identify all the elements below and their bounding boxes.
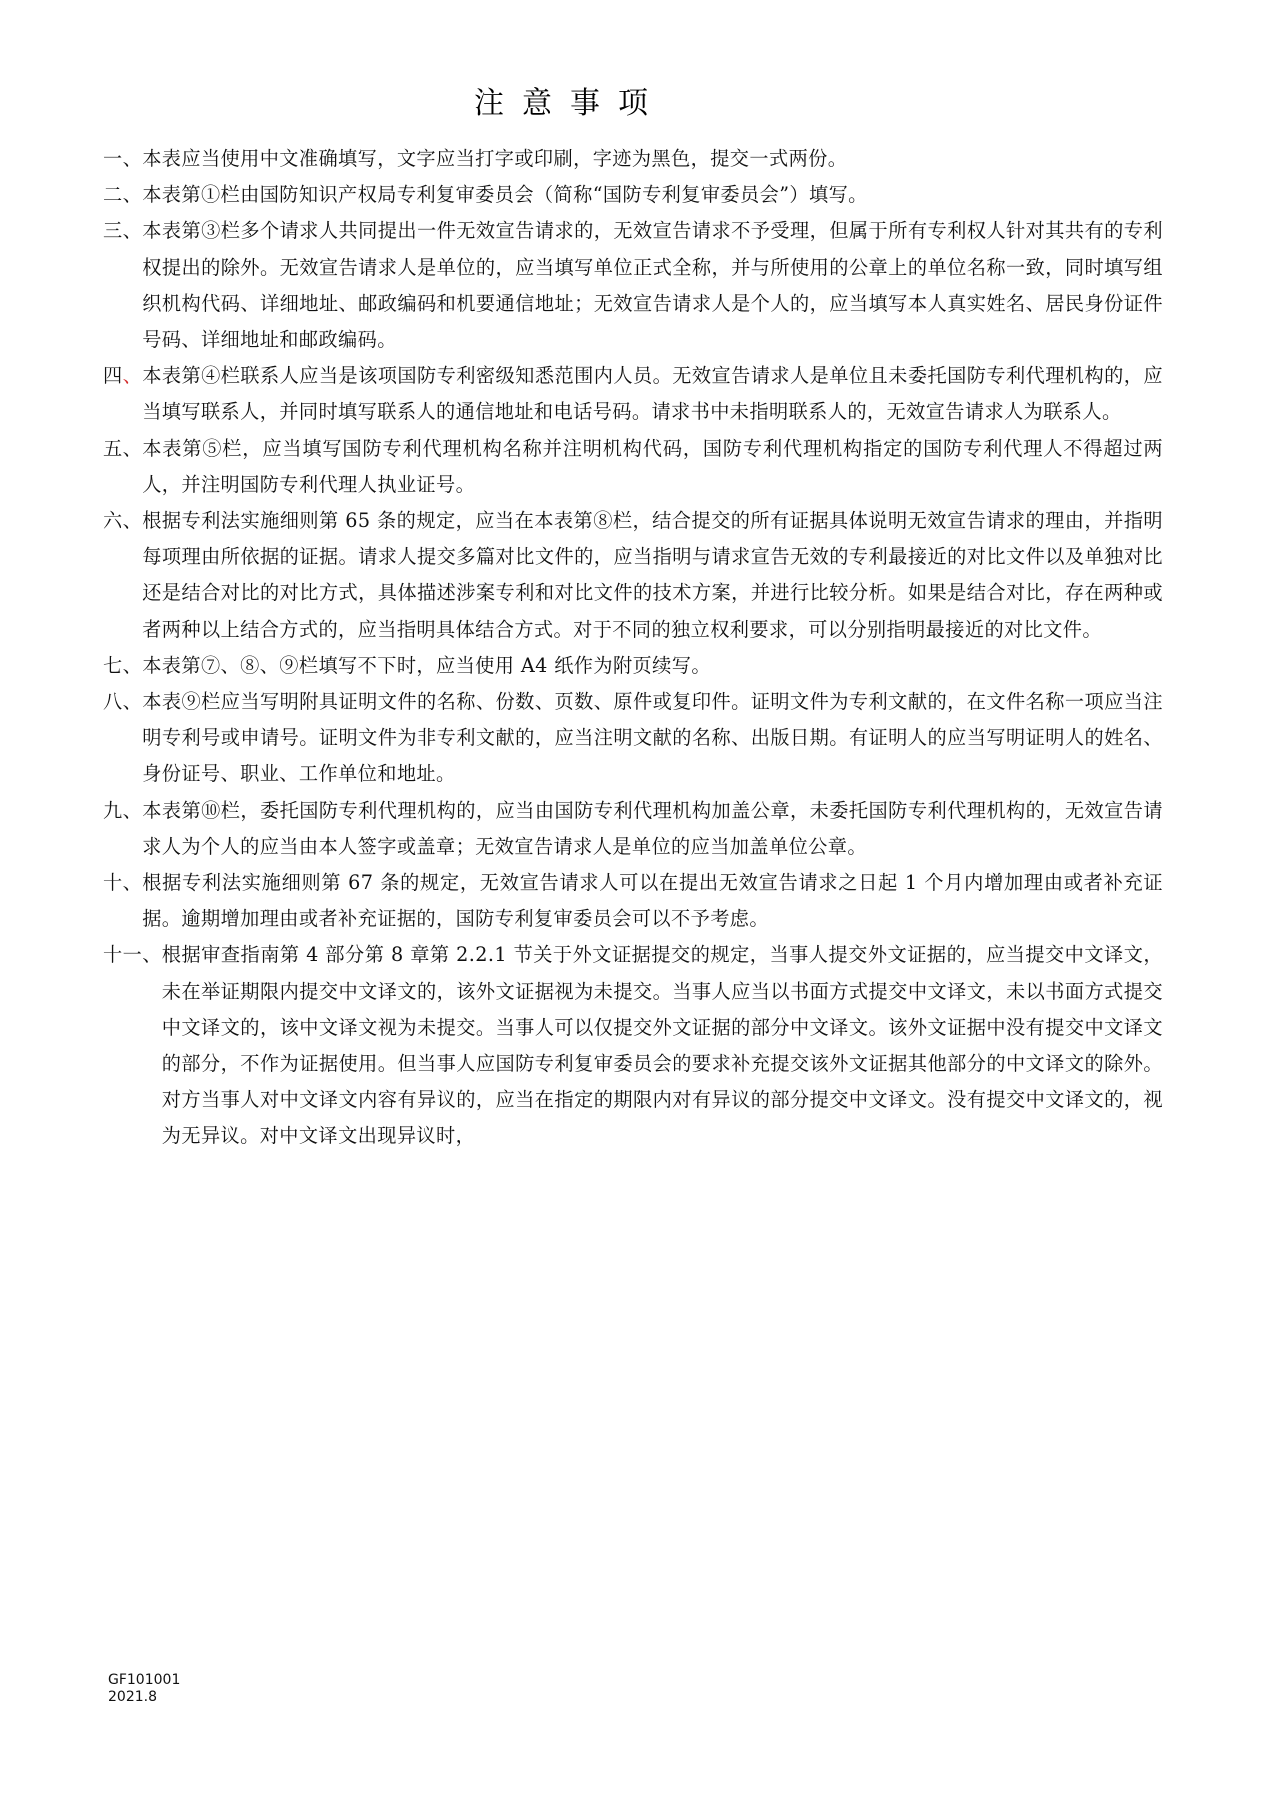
form-code: GF101001 [108, 1672, 180, 1689]
document-page: 注意事项 一、 本表应当使用中文准确填写，文字应当打字或印刷，字迹为黑色，提交一… [0, 0, 1280, 1810]
form-version-date: 2021.8 [108, 1689, 180, 1706]
note-text: 本表⑨栏应当写明附具证明文件的名称、份数、页数、原件或复印件。证明文件为专利文献… [142, 684, 1163, 793]
note-text: 本表第⑦、⑧、⑨栏填写不下时，应当使用 A4 纸作为附页续写。 [142, 648, 1163, 684]
note-text: 根据审查指南第 4 部分第 8 章第 2.2.1 节关于外文证据提交的规定，当事… [162, 937, 1163, 1154]
notes-list: 一、 本表应当使用中文准确填写，文字应当打字或印刷，字迹为黑色，提交一式两份。 … [103, 141, 1163, 1155]
note-number: 九、 [103, 793, 142, 829]
note-text: 本表第③栏多个请求人共同提出一件无效宣告请求的，无效宣告请求不予受理，但属于所有… [142, 213, 1163, 358]
note-item-7: 七、 本表第⑦、⑧、⑨栏填写不下时，应当使用 A4 纸作为附页续写。 [103, 648, 1163, 684]
note-number: 四、 [103, 358, 142, 394]
note-number: 七、 [103, 648, 142, 684]
note-number: 十一、 [103, 937, 162, 973]
page-title: 注意事项 [0, 78, 1120, 122]
note-number: 八、 [103, 684, 142, 720]
note-text: 本表第④栏联系人应当是该项国防专利密级知悉范围内人员。无效宣告请求人是单位且未委… [142, 358, 1163, 430]
note-text: 本表第①栏由国防知识产权局专利复审委员会（简称“国防专利复审委员会”）填写。 [142, 177, 1163, 213]
note-number: 三、 [103, 213, 142, 249]
note-item-3: 三、 本表第③栏多个请求人共同提出一件无效宣告请求的，无效宣告请求不予受理，但属… [103, 213, 1163, 358]
note-item-1: 一、 本表应当使用中文准确填写，文字应当打字或印刷，字迹为黑色，提交一式两份。 [103, 141, 1163, 177]
note-text: 根据专利法实施细则第 65 条的规定，应当在本表第⑧栏，结合提交的所有证据具体说… [142, 503, 1163, 648]
note-item-11: 十一、 根据审查指南第 4 部分第 8 章第 2.2.1 节关于外文证据提交的规… [103, 937, 1163, 1154]
note-number: 二、 [103, 177, 142, 213]
note-item-8: 八、 本表⑨栏应当写明附具证明文件的名称、份数、页数、原件或复印件。证明文件为专… [103, 684, 1163, 793]
form-footer: GF101001 2021.8 [108, 1672, 180, 1706]
note-item-6: 六、 根据专利法实施细则第 65 条的规定，应当在本表第⑧栏，结合提交的所有证据… [103, 503, 1163, 648]
note-item-5: 五、 本表第⑤栏，应当填写国防专利代理机构名称并注明机构代码，国防专利代理机构指… [103, 431, 1163, 503]
note-text: 本表应当使用中文准确填写，文字应当打字或印刷，字迹为黑色，提交一式两份。 [142, 141, 1163, 177]
note-number: 十、 [103, 865, 142, 901]
note-number: 一、 [103, 141, 142, 177]
note-item-4: 四、 本表第④栏联系人应当是该项国防专利密级知悉范围内人员。无效宣告请求人是单位… [103, 358, 1163, 430]
red-separator-mark: 、 [123, 364, 143, 387]
note-number: 六、 [103, 503, 142, 539]
note-item-10: 十、 根据专利法实施细则第 67 条的规定，无效宣告请求人可以在提出无效宣告请求… [103, 865, 1163, 937]
note-number: 五、 [103, 431, 142, 467]
note-text: 根据专利法实施细则第 67 条的规定，无效宣告请求人可以在提出无效宣告请求之日起… [142, 865, 1163, 937]
note-item-9: 九、 本表第⑩栏，委托国防专利代理机构的，应当由国防专利代理机构加盖公章，未委托… [103, 793, 1163, 865]
note-item-2: 二、 本表第①栏由国防知识产权局专利复审委员会（简称“国防专利复审委员会”）填写… [103, 177, 1163, 213]
note-text: 本表第⑩栏，委托国防专利代理机构的，应当由国防专利代理机构加盖公章，未委托国防专… [142, 793, 1163, 865]
note-text: 本表第⑤栏，应当填写国防专利代理机构名称并注明机构代码，国防专利代理机构指定的国… [142, 431, 1163, 503]
